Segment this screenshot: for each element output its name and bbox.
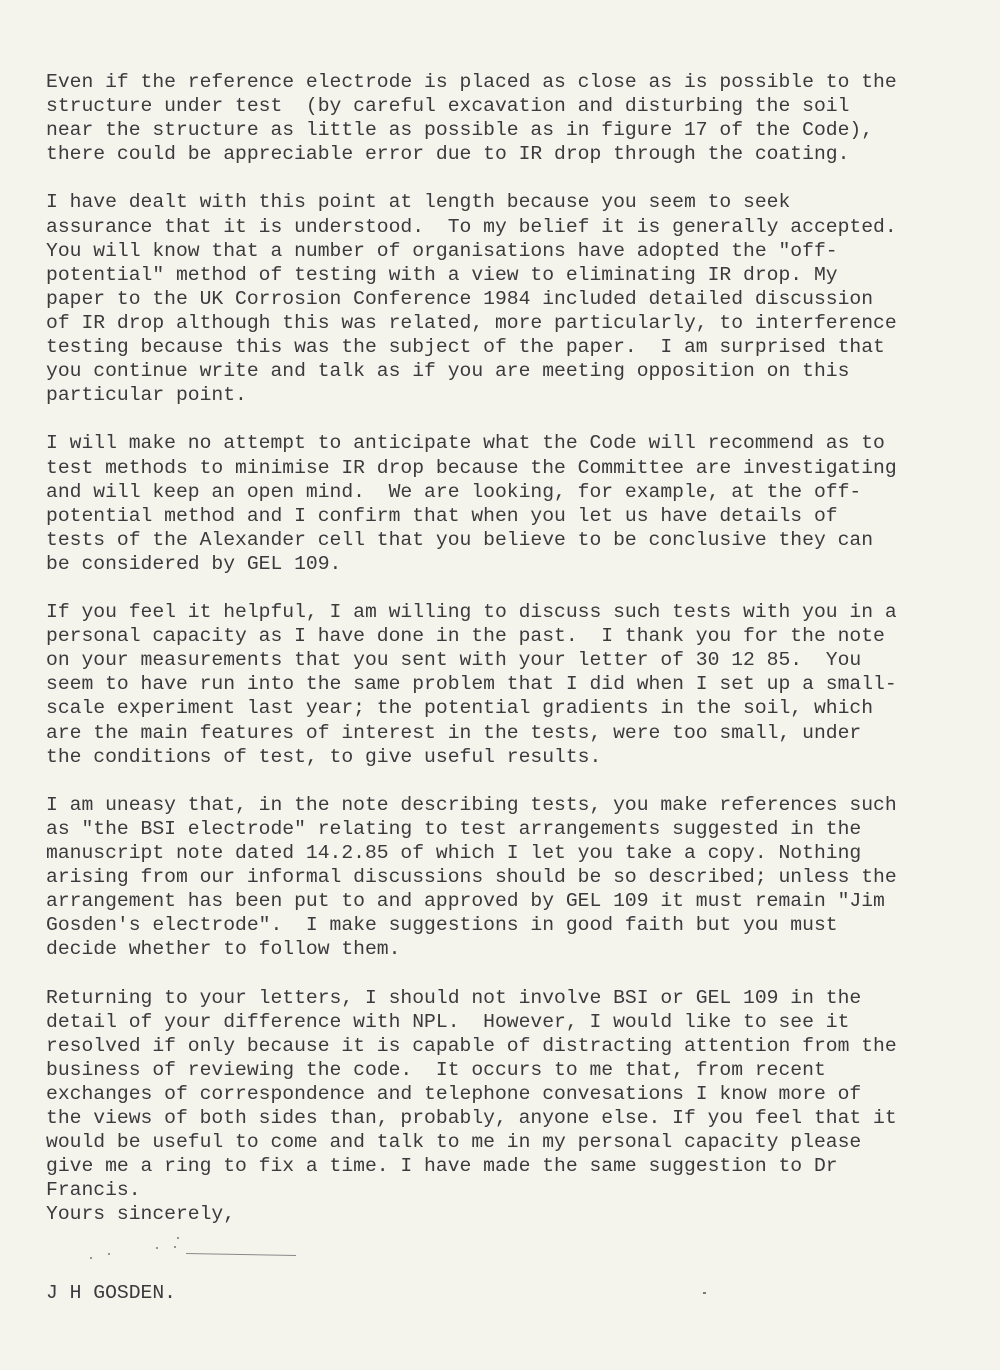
text-line: detail of your difference with NPL. Howe…: [46, 1010, 986, 1034]
text-line: near the structure as little as possible…: [46, 118, 986, 142]
text-line: I have dealt with this point at length b…: [46, 190, 986, 214]
text-line: arising from our informal discussions sh…: [46, 865, 986, 889]
signature-mark: [156, 1247, 158, 1249]
text-line: Returning to your letters, I should not …: [46, 986, 986, 1010]
text-line: exchanges of correspondence and telephon…: [46, 1082, 986, 1106]
text-line: Even if the reference electrode is place…: [46, 70, 986, 94]
text-line: would be useful to come and talk to me i…: [46, 1130, 986, 1154]
text-line: I will make no attempt to anticipate wha…: [46, 431, 986, 455]
text-line: as "the BSI electrode" relating to test …: [46, 817, 986, 841]
text-line: structure under test (by careful excavat…: [46, 94, 986, 118]
text-line: the views of both sides than, probably, …: [46, 1106, 986, 1130]
text-line: there could be appreciable error due to …: [46, 142, 986, 166]
paper-speck: [703, 1292, 706, 1294]
text-line: tests of the Alexander cell that you bel…: [46, 528, 986, 552]
paragraph: Returning to your letters, I should not …: [46, 986, 986, 1203]
text-line: business of reviewing the code. It occur…: [46, 1058, 986, 1082]
text-line: of IR drop although this was related, mo…: [46, 311, 986, 335]
text-line: Gosden's electrode". I make suggestions …: [46, 913, 986, 937]
text-line: If you feel it helpful, I am willing to …: [46, 600, 986, 624]
text-line: testing because this was the subject of …: [46, 335, 986, 359]
paragraph: I will make no attempt to anticipate wha…: [46, 431, 986, 576]
signature-mark: [90, 1257, 92, 1259]
letter-body: Even if the reference electrode is place…: [46, 70, 986, 1202]
text-line: I am uneasy that, in the note describing…: [46, 793, 986, 817]
paragraph: I am uneasy that, in the note describing…: [46, 793, 986, 962]
paragraph: Even if the reference electrode is place…: [46, 70, 986, 166]
signature-mark: [177, 1237, 179, 1239]
text-line: personal capacity as I have done in the …: [46, 624, 986, 648]
text-line: scale experiment last year; the potentia…: [46, 696, 986, 720]
text-line: Francis.: [46, 1178, 986, 1202]
signatory-name: J H GOSDEN.: [46, 1281, 986, 1305]
text-line: arrangement has been put to and approved…: [46, 889, 986, 913]
signature-mark: [174, 1246, 176, 1248]
text-line: be considered by GEL 109.: [46, 552, 986, 576]
text-line: assurance that it is understood. To my b…: [46, 215, 986, 239]
text-line: potential" method of testing with a view…: [46, 263, 986, 287]
text-line: seem to have run into the same problem t…: [46, 672, 986, 696]
text-line: you continue write and talk as if you ar…: [46, 359, 986, 383]
handwritten-signature: [46, 1227, 986, 1281]
text-line: on your measurements that you sent with …: [46, 648, 986, 672]
letter-page: Even if the reference electrode is place…: [46, 70, 986, 1305]
text-line: give me a ring to fix a time. I have mad…: [46, 1154, 986, 1178]
text-line: decide whether to follow them.: [46, 937, 986, 961]
text-line: paper to the UK Corrosion Conference 198…: [46, 287, 986, 311]
closing: Yours sincerely,: [46, 1202, 986, 1226]
text-line: manuscript note dated 14.2.85 of which I…: [46, 841, 986, 865]
signature-mark: [108, 1253, 110, 1255]
text-line: are the main features of interest in the…: [46, 721, 986, 745]
paragraph: I have dealt with this point at length b…: [46, 190, 986, 407]
text-line: particular point.: [46, 383, 986, 407]
paragraph: If you feel it helpful, I am willing to …: [46, 600, 986, 769]
signature-stroke: [186, 1253, 296, 1256]
text-line: the conditions of test, to give useful r…: [46, 745, 986, 769]
text-line: You will know that a number of organisat…: [46, 239, 986, 263]
text-line: test methods to minimise IR drop because…: [46, 456, 986, 480]
text-line: resolved if only because it is capable o…: [46, 1034, 986, 1058]
text-line: potential method and I confirm that when…: [46, 504, 986, 528]
text-line: and will keep an open mind. We are looki…: [46, 480, 986, 504]
